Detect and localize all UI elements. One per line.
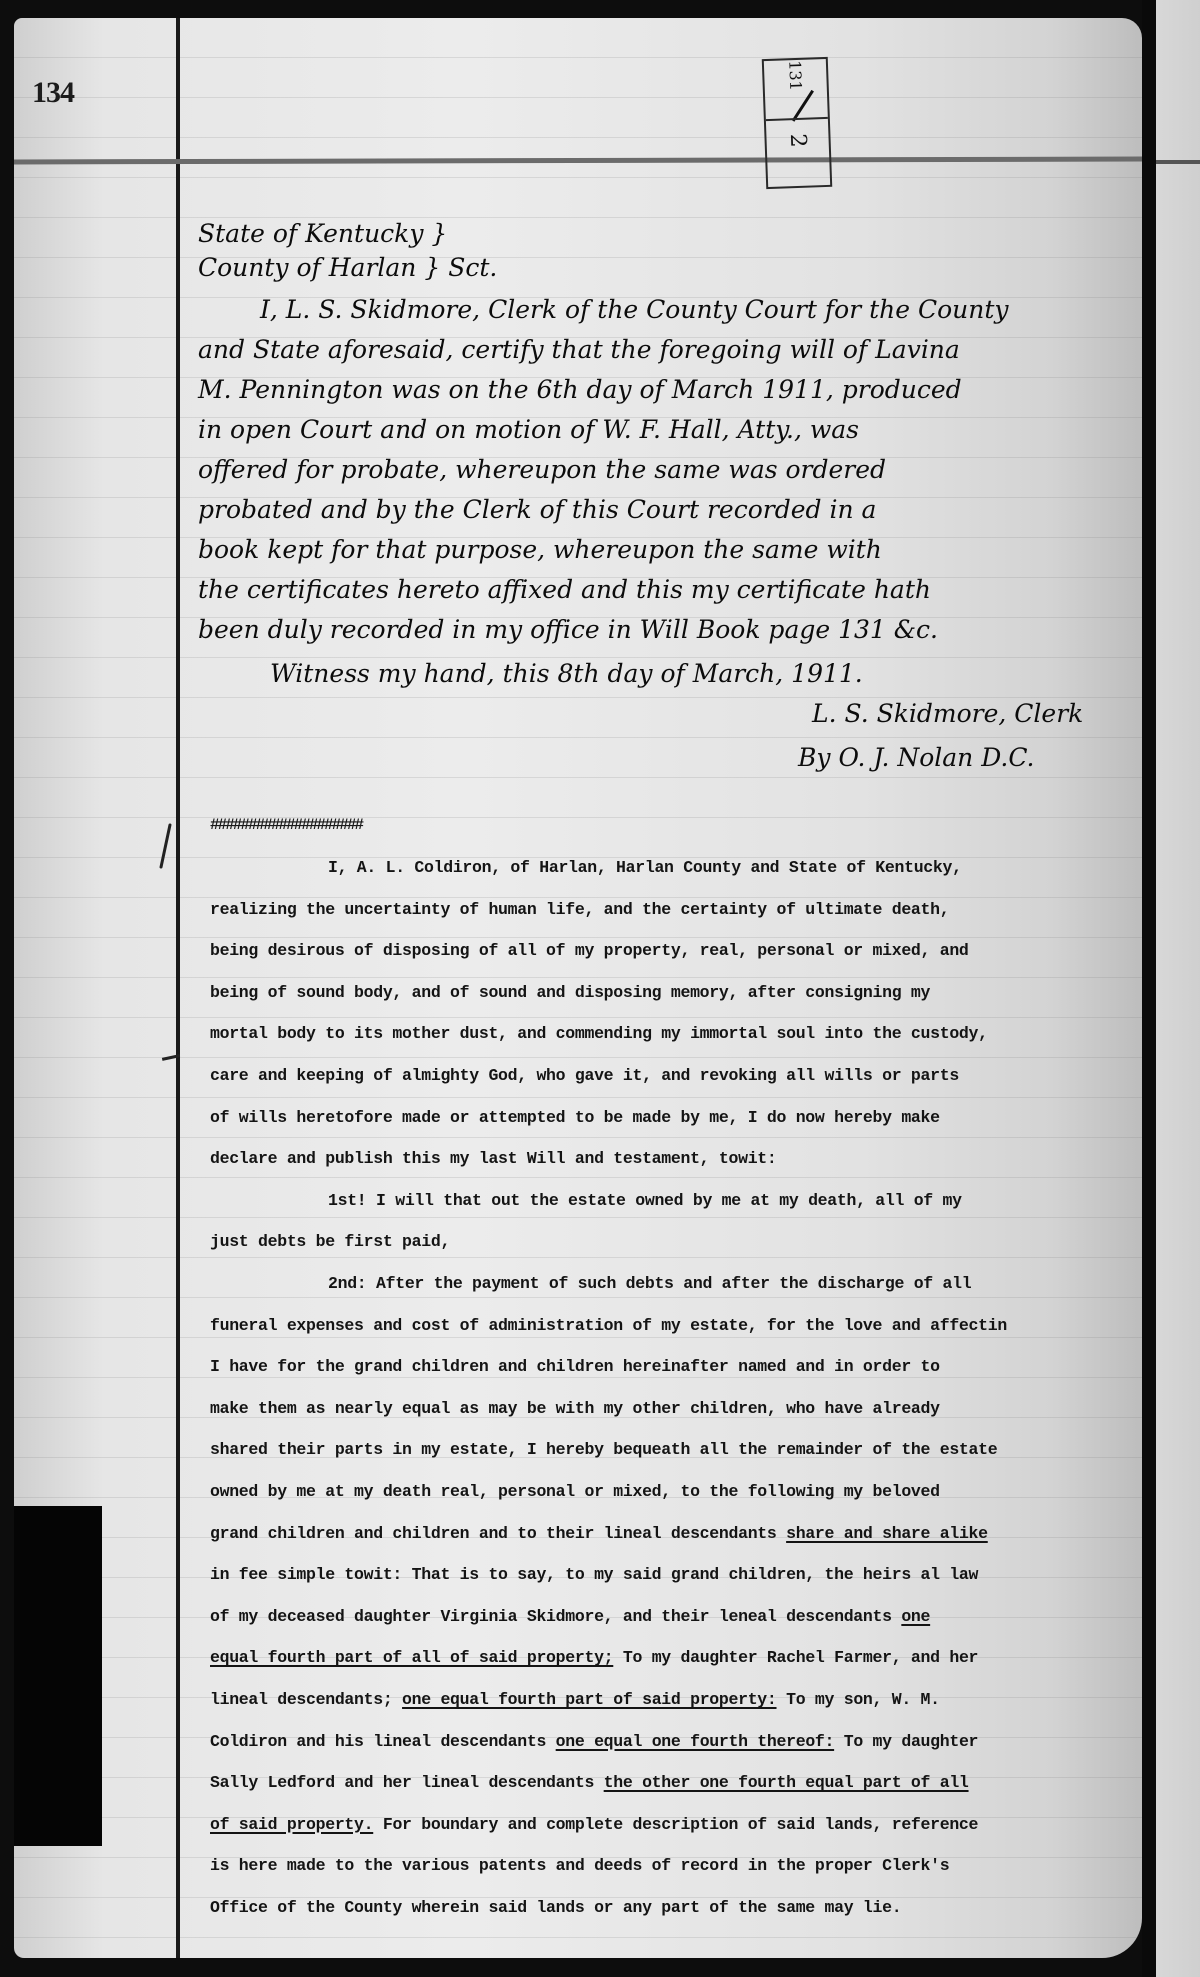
will-line: shared their parts in my estate, I hereb… xyxy=(210,1440,1130,1459)
header-rule xyxy=(14,157,1142,165)
will-line: care and keeping of almighty God, who ga… xyxy=(210,1066,1130,1085)
will-line: grand children and children and to their… xyxy=(210,1524,1130,1543)
underlined-text: the other one fourth equal part of all xyxy=(604,1773,969,1792)
will-line: being of sound body, and of sound and di… xyxy=(210,983,1130,1002)
will-line: Sally Ledford and her lineal descendants… xyxy=(210,1773,1130,1792)
cert-caption-county: County of Harlan } Sct. xyxy=(198,248,1138,288)
will-line: I, A. L. Coldiron, of Harlan, Harlan Cou… xyxy=(328,858,1142,877)
will-text: grand children and children and to their… xyxy=(210,1524,786,1543)
cert-line: M. Pennington was on the 6th day of Marc… xyxy=(198,370,1138,410)
will-text: is here made to the various patents and … xyxy=(210,1856,949,1875)
will-line: of my deceased daughter Virginia Skidmor… xyxy=(210,1607,1130,1626)
will-line: in fee simple towit: That is to say, to … xyxy=(210,1565,1130,1584)
underlined-text: of said property. xyxy=(210,1815,373,1834)
will-line: declare and publish this my last Will an… xyxy=(210,1149,1130,1168)
cert-line: offered for probate, whereupon the same … xyxy=(198,450,1138,490)
will-line: lineal descendants; one equal fourth par… xyxy=(210,1690,1130,1709)
will-text: I have for the grand children and childr… xyxy=(210,1357,940,1376)
cert-line: book kept for that purpose, whereupon th… xyxy=(198,530,1138,570)
will-text: of my deceased daughter Virginia Skidmor… xyxy=(210,1607,901,1626)
will-line: 1st! I will that out the estate owned by… xyxy=(328,1191,1142,1210)
will-line: equal fourth part of all of said propert… xyxy=(210,1648,1130,1667)
binding-tab xyxy=(14,1506,102,1846)
will-text: being of sound body, and of sound and di… xyxy=(210,983,930,1002)
margin-bracket-mark xyxy=(159,823,171,869)
cert-signature: L. S. Skidmore, Clerk xyxy=(812,694,1132,734)
will-line: Coldiron and his lineal descendants one … xyxy=(210,1732,1130,1751)
will-text: being desirous of disposing of all of my… xyxy=(210,941,969,960)
cert-line: and State aforesaid, certify that the fo… xyxy=(198,330,1138,370)
section-separator: #################### xyxy=(210,816,362,834)
underlined-text: one equal one fourth thereof: xyxy=(556,1732,834,1751)
will-text: funeral expenses and cost of administrat… xyxy=(210,1316,1007,1335)
underlined-text: one xyxy=(901,1607,930,1626)
will-text: Office of the County wherein said lands … xyxy=(210,1898,901,1917)
cert-deputy: By O. J. Nolan D.C. xyxy=(798,738,1118,778)
will-text: make them as nearly equal as may be with… xyxy=(210,1399,940,1418)
cert-line: probated and by the Clerk of this Court … xyxy=(198,490,1138,530)
will-text: Sally Ledford and her lineal descendants xyxy=(210,1773,604,1792)
will-line: make them as nearly equal as may be with… xyxy=(210,1399,1130,1418)
will-line: owned by me at my death real, personal o… xyxy=(210,1482,1130,1501)
will-line: is here made to the various patents and … xyxy=(210,1856,1130,1875)
page-number: 134 xyxy=(32,76,74,110)
cert-witness: Witness my hand, this 8th day of March, … xyxy=(270,654,1142,694)
index-box-bottom: 2 xyxy=(784,109,811,172)
will-text: care and keeping of almighty God, who ga… xyxy=(210,1066,959,1085)
will-text: of wills heretofore made or attempted to… xyxy=(210,1108,940,1127)
will-line: Office of the County wherein said lands … xyxy=(210,1898,1130,1917)
will-line: of said property. For boundary and compl… xyxy=(210,1815,1130,1834)
underlined-text: share and share alike xyxy=(786,1524,988,1543)
will-text: shared their parts in my estate, I hereb… xyxy=(210,1440,997,1459)
will-text: To my son, W. M. xyxy=(777,1690,940,1709)
will-line: mortal body to its mother dust, and comm… xyxy=(210,1024,1130,1043)
will-line: just debts be first paid, xyxy=(210,1232,1130,1251)
will-line: realizing the uncertainty of human life,… xyxy=(210,900,1130,919)
cert-line: in open Court and on motion of W. F. Hal… xyxy=(198,410,1138,450)
ledger-page: 134 131 2 State of Kentucky } County of … xyxy=(14,18,1142,1958)
will-text: Coldiron and his lineal descendants xyxy=(210,1732,556,1751)
underlined-text: equal fourth part of all of said propert… xyxy=(210,1648,613,1667)
will-text: lineal descendants; xyxy=(210,1690,402,1709)
index-box-top: 131 xyxy=(785,44,806,107)
margin-rule xyxy=(176,18,180,1958)
will-line: being desirous of disposing of all of my… xyxy=(210,941,1130,960)
index-box: 131 2 xyxy=(762,57,832,189)
will-text: To my daughter Rachel Farmer, and her xyxy=(613,1648,978,1667)
will-text: I, A. L. Coldiron, of Harlan, Harlan Cou… xyxy=(328,858,962,877)
will-text: 1st! I will that out the estate owned by… xyxy=(328,1191,962,1210)
cert-line: the certificates hereto affixed and this… xyxy=(198,570,1138,610)
will-text: declare and publish this my last Will an… xyxy=(210,1149,777,1168)
will-text: realizing the uncertainty of human life,… xyxy=(210,900,949,919)
adjacent-page-edge xyxy=(1142,0,1200,1977)
will-text: For boundary and complete description of… xyxy=(373,1815,978,1834)
will-text: 2nd: After the payment of such debts and… xyxy=(328,1274,971,1293)
will-text: just debts be first paid, xyxy=(210,1232,450,1251)
cert-line: I, L. S. Skidmore, Clerk of the County C… xyxy=(260,290,1142,330)
cert-line: been duly recorded in my office in Will … xyxy=(198,610,1138,650)
will-text: owned by me at my death real, personal o… xyxy=(210,1482,940,1501)
will-text: To my daughter xyxy=(834,1732,978,1751)
will-text: in fee simple towit: That is to say, to … xyxy=(210,1565,978,1584)
underlined-text: one equal fourth part of said property: xyxy=(402,1690,776,1709)
will-line: 2nd: After the payment of such debts and… xyxy=(328,1274,1142,1293)
will-line: I have for the grand children and childr… xyxy=(210,1357,1130,1376)
will-line: of wills heretofore made or attempted to… xyxy=(210,1108,1130,1127)
will-line: funeral expenses and cost of administrat… xyxy=(210,1316,1130,1335)
will-text: mortal body to its mother dust, and comm… xyxy=(210,1024,988,1043)
